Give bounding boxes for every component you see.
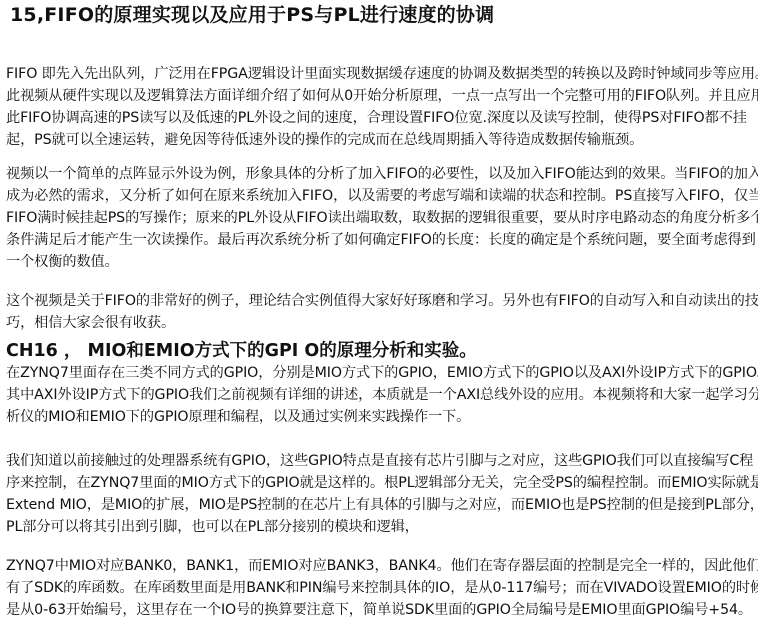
text-line: 序来控制，在ZYNQ7里面的MIO方式下的GPIO就是这样的。根PL逻辑部分无关… [6, 472, 758, 494]
text-line: PL部分可以将其引出到引脚，也可以在PL部分接别的模块和逻辑， [6, 516, 758, 538]
text-line: 成为必然的需求，又分析了如何在原来系统加入FIFO，以及需要的考虑写端和读端的状… [6, 185, 758, 207]
paragraph-mio-emio: 我们知道以前接触过的处理器系统有GPIO，这些GPIO特点是直接有芯片引脚与之对… [6, 450, 758, 538]
paragraph-fifo-summary: 这个视频是关于FIFO的非常好的例子，理论结合实例值得大家好好琢磨和学习。另外也… [6, 290, 758, 334]
paragraph-fifo-example: 视频以一个简单的点阵显示外设为例，形象具体的分析了加入FIFO的必要性，以及加入… [6, 163, 758, 273]
text-line: 析仪的MIO和EMIO下的GPIO原理和编程，以及通过实例来实践操作一下。 [6, 406, 758, 428]
text-line: 一个权衡的数值。 [6, 251, 758, 273]
paragraph-bank-mapping: ZYNQ7中MIO对应BANK0，BANK1，而EMIO对应BANK3，BANK… [6, 555, 758, 621]
text-line: 我们知道以前接触过的处理器系统有GPIO，这些GPIO特点是直接有芯片引脚与之对… [6, 450, 758, 472]
text-line: 视频以一个简单的点阵显示外设为例，形象具体的分析了加入FIFO的必要性，以及加入… [6, 163, 758, 185]
text-line: 此视频从硬件实现以及逻辑算法方面详细介绍了如何从0开始分析原理，一点一点写出一个… [6, 85, 758, 107]
text-line: 是从0-63开始编号，这里存在一个IO号的换算要注意下，简单说SDK里面的GPI… [6, 599, 758, 621]
text-line: ZYNQ7中MIO对应BANK0，BANK1，而EMIO对应BANK3，BANK… [6, 555, 758, 577]
section-heading-ch16: CH16 ， MIO和EMIO方式下的GPI O的原理分析和实验。 [6, 338, 477, 364]
text-line: 巧，相信大家会很有收获。 [6, 312, 758, 334]
text-line: FIFO满时候挂起PS的写操作；原来的PL外设从FIFO读出端取数，取数据的逻辑… [6, 207, 758, 229]
text-line: 这个视频是关于FIFO的非常好的例子，理论结合实例值得大家好好琢磨和学习。另外也… [6, 290, 758, 312]
text-line: 起，PS就可以全速运转，避免因等待低速外设的操作的完成而在总线周期插入等待造成数… [6, 129, 758, 151]
text-line: 此FIFO协调高速的PS读写以及低速的PL外设之间的速度，合理设置FIFO位宽.… [6, 107, 758, 129]
text-line: FIFO 即先入先出队列，广泛用在FPGA逻辑设计里面实现数据缓存速度的协调及数… [6, 63, 758, 85]
text-line: Extend MIO，是MIO的扩展，MIO是PS控制的在芯片上有具体的引脚与之… [6, 494, 758, 516]
paragraph-fifo-intro: FIFO 即先入先出队列，广泛用在FPGA逻辑设计里面实现数据缓存速度的协调及数… [6, 63, 758, 151]
text-line: 在ZYNQ7里面存在三类不同方式的GPIO，分别是MIO方式下的GPIO，EMI… [6, 362, 758, 384]
page-title: 15,FIFO的原理实现以及应用于PS与PL进行速度的协调 [10, 2, 494, 28]
text-line: 其中AXI外设IP方式下的GPIO我们之前视频有详细的讲述，本质就是一个AXI总… [6, 384, 758, 406]
text-line: 条件满足后才能产生一次读操作。最后再次系统分析了如何确定FIFO的长度：长度的确… [6, 229, 758, 251]
paragraph-gpio-intro: 在ZYNQ7里面存在三类不同方式的GPIO，分别是MIO方式下的GPIO，EMI… [6, 362, 758, 428]
text-line: 有了SDK的库函数。在库函数里面是用BANK和PIN编号来控制具体的IO，是从0… [6, 577, 758, 599]
